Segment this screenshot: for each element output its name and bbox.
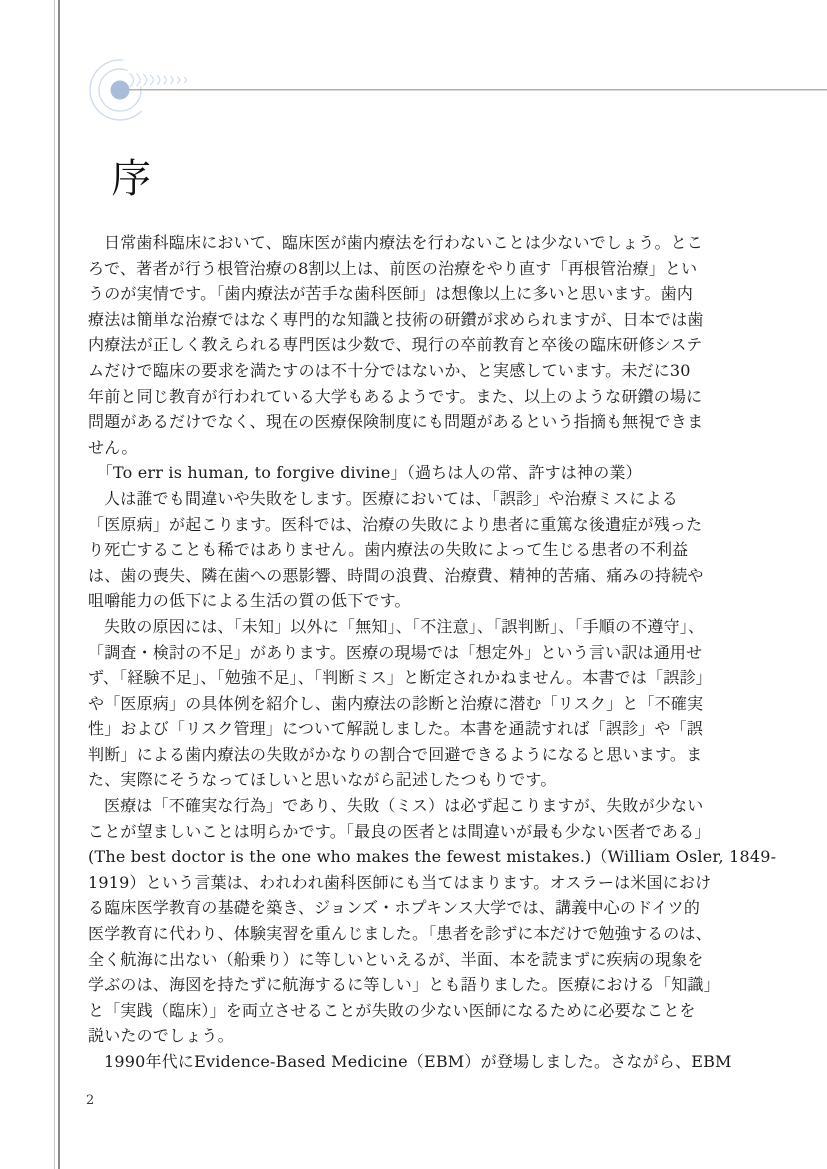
- text-line: せん。: [88, 435, 704, 461]
- text-line: 「医原病」が起こります。医科では、治療の失敗により患者に重篤な後遺症が残った: [88, 512, 704, 538]
- text-line: や「医原病」の具体例を紹介し、歯内療法の診断と治療に潜む「リスク」と「不確実: [88, 691, 704, 717]
- text-line: 「To err is human, to forgive divine」（過ちは…: [88, 460, 704, 486]
- page-number: 2: [86, 1093, 94, 1108]
- text-line: 学ぶのは、海図を持たずに航海するに等しい」とも語りました。医療における「知識」: [88, 972, 704, 998]
- page-spine-line-inner: [58, 0, 60, 1169]
- text-line: 「調査・検討の不足」があります。医療の現場では「想定外」という言い訳は通用せ: [88, 640, 704, 666]
- header-rule: [129, 89, 827, 90]
- text-line: る臨床医学教育の基礎を築き、ジョンズ・ホプキンス大学では、講義中心のドイツ的: [88, 895, 704, 921]
- text-line: 判断」による歯内療法の失敗がかなりの割合で回避できるようになると思います。ま: [88, 742, 704, 768]
- text-line: 医学教育に代わり、体験実習を重んじました。「患者を診ずに本だけで勉強するのは、: [88, 921, 704, 947]
- text-line: 日常歯科臨床において、臨床医が歯内療法を行わないことは少ないでしょう。とこ: [88, 230, 704, 256]
- text-line: 医療は「不確実な行為」であり、失敗（ミス）は必ず起こりますが、失敗が少ない: [88, 793, 704, 819]
- text-line: 問題があるだけでなく、現在の医療保険制度にも問題があるという指摘も無視できま: [88, 409, 704, 435]
- text-line: ムだけで臨床の要求を満たすのは不十分ではないか、と実感しています。未だに30: [88, 358, 704, 384]
- page-spine-line-outer: [54, 0, 55, 1169]
- text-line: た、実際にそうなってほしいと思いながら記述したつもりです。: [88, 767, 704, 793]
- text-line: 人は誰でも間違いや失敗をします。医療においては、「誤診」や治療ミスによる: [88, 486, 704, 512]
- text-line: 内療法が正しく教えられる専門医は少数で、現行の卒前教育と卒後の臨床研修システ: [88, 332, 704, 358]
- book-page: 序 日常歯科臨床において、臨床医が歯内療法を行わないことは少ないでしょう。ところ…: [0, 0, 827, 1169]
- text-line: は、歯の喪失、隣在歯への悪影響、時間の浪費、治療費、精神的苦痛、痛みの持続や: [88, 563, 704, 589]
- text-line: 1990年代にEvidence-Based Medicine（EBM）が登場しま…: [88, 1049, 704, 1075]
- text-line: 全く航海に出ない（船乗り）に等しいといえるが、半面、本を読まずに疾病の現象を: [88, 947, 704, 973]
- text-line: 失敗の原因には、「未知」以外に「無知」、「不注意」、「誤判断」、「手順の不遵守」…: [88, 614, 704, 640]
- text-line: 療法は簡単な治療ではなく専門的な知識と技術の研鑽が求められますが、日本では歯: [88, 307, 704, 333]
- preface-text: 日常歯科臨床において、臨床医が歯内療法を行わないことは少ないでしょう。ところで、…: [88, 230, 704, 1075]
- text-line: うのが実情です。「歯内療法が苦手な歯科医師」は想像以上に多いと思います。歯内: [88, 281, 704, 307]
- text-line: 咀嚼能力の低下による生活の質の低下です。: [88, 588, 704, 614]
- text-line: ことが望ましいことは明らかです。「最良の医者とは間違いが最も少ない医者である」: [88, 819, 704, 845]
- text-line: 説いたのでしょう。: [88, 1023, 704, 1049]
- text-line: り死亡することも稀ではありません。歯内療法の失敗によって生じる患者の不利益: [88, 537, 704, 563]
- text-line: ろで、著者が行う根管治療の8割以上は、前医の治療をやり直す「再根管治療」とい: [88, 256, 704, 282]
- logo-center-dot: [111, 81, 130, 100]
- text-line: 1919）という言葉は、われわれ歯科医師にも当てはまります。オスラーは米国におけ: [88, 870, 704, 896]
- ripple-circles-logo-icon: [82, 52, 212, 132]
- page-title: 序: [111, 147, 153, 204]
- text-line: 性」および「リスク管理」について解説しました。本書を通読すれば「誤診」や「誤: [88, 716, 704, 742]
- text-line: 年前と同じ教育が行われている大学もあるようです。また、以上のような研鑽の場に: [88, 384, 704, 410]
- logo-ripple-waves: [130, 74, 186, 87]
- text-line: (The best doctor is the one who makes th…: [88, 844, 704, 870]
- text-line: ず、「経験不足」、「勉強不足」、「判断ミス」と断定されかねません。本書では「誤診…: [88, 665, 704, 691]
- text-line: と「実践（臨床）」を両立させることが失敗の少ない医師になるために必要なことを: [88, 998, 704, 1024]
